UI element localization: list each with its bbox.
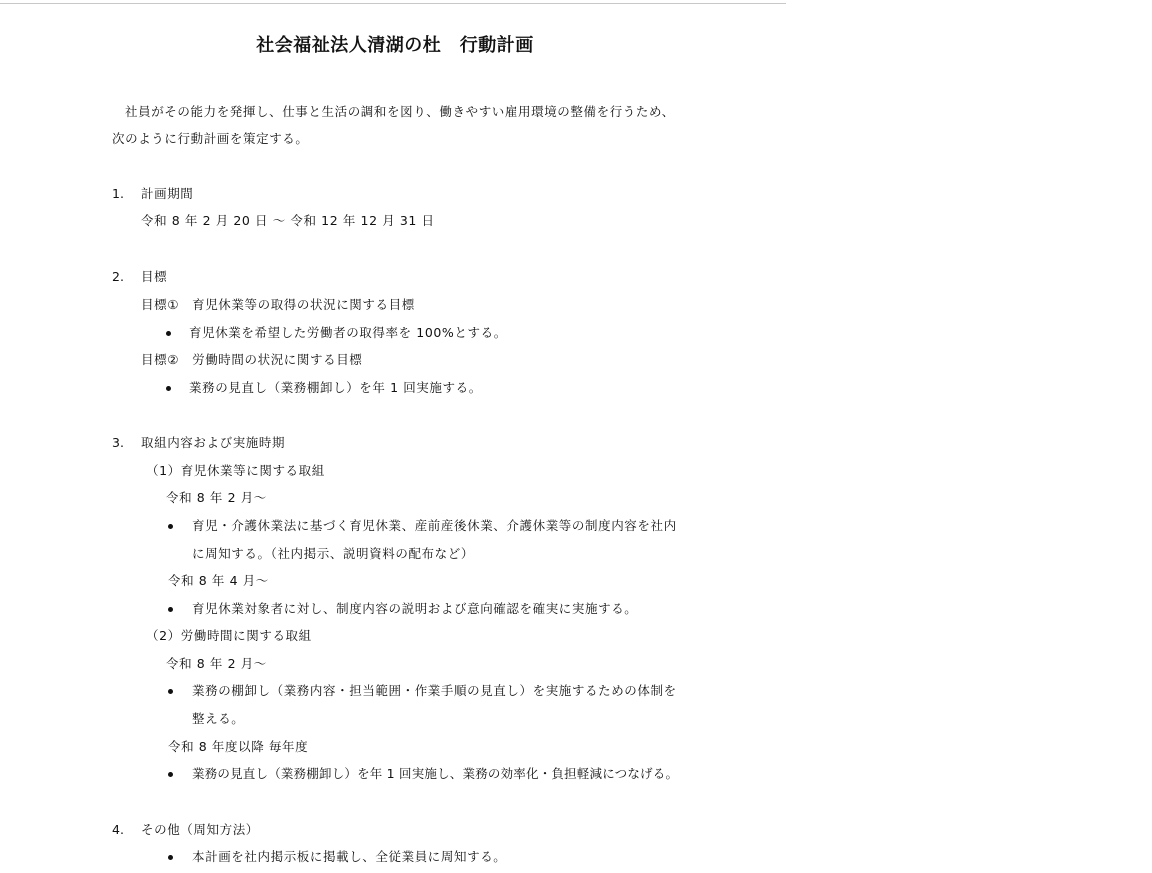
section-2-number: 2. — [112, 268, 124, 286]
intro-line-2: 次のように行動計画を策定する。 — [112, 130, 309, 148]
subsection-2-label: （2）労働時間に関する取組 — [146, 627, 312, 645]
section-4-bullet: 本計画を社内掲示板に掲載し、全従業員に周知する。 — [192, 848, 506, 866]
section-3-number: 3. — [112, 434, 124, 452]
subsection-1-item-1-text-1: 育児・介護休業法に基づく育児休業、産前産後休業、介護休業等の制度内容を社内 — [192, 517, 677, 535]
bullet-icon — [168, 607, 173, 612]
section-3-heading: 取組内容および実施時期 — [141, 434, 285, 452]
subsection-2-item-2-text-1: 業務の見直し（業務棚卸し）を年 1 回実施し、業務の効率化・負担軽減につなげる。 — [192, 765, 678, 783]
subsection-1-item-1-date: 令和 8 年 2 月～ — [166, 489, 267, 507]
goal-1-bullet: 育児休業を希望した労働者の取得率を 100%とする。 — [189, 324, 507, 342]
subsection-1-item-2-date: 令和 8 年 4 月～ — [168, 572, 269, 590]
bullet-icon — [168, 689, 173, 694]
subsection-2-item-1-date: 令和 8 年 2 月～ — [166, 655, 267, 673]
page-top-border — [0, 3, 786, 4]
goal-2-label: 目標② 労働時間の状況に関する目標 — [141, 351, 362, 369]
goal-2-bullet: 業務の見直し（業務棚卸し）を年 1 回実施する。 — [189, 379, 482, 397]
intro-line-1: 社員がその能力を発揮し、仕事と生活の調和を図り、働きやすい雇用環境の整備を行うた… — [125, 103, 675, 121]
subsection-1-label: （1）育児休業等に関する取組 — [146, 462, 325, 480]
plan-period: 令和 8 年 2 月 20 日 ～ 令和 12 年 12 月 31 日 — [141, 212, 435, 230]
subsection-2-item-1-text-1: 業務の棚卸し（業務内容・担当範囲・作業手順の見直し）を実施するための体制を — [192, 682, 677, 700]
section-2-heading: 目標 — [141, 268, 167, 286]
bullet-icon — [168, 772, 173, 777]
bullet-icon — [168, 524, 173, 529]
subsection-1-item-2-text-1: 育児休業対象者に対し、制度内容の説明および意向確認を確実に実施する。 — [192, 600, 637, 618]
subsection-1-item-1-text-2: に周知する。（社内掲示、説明資料の配布など） — [192, 545, 474, 563]
section-1-heading: 計画期間 — [141, 185, 193, 203]
bullet-icon — [168, 855, 173, 860]
goal-1-label: 目標① 育児休業等の取得の状況に関する目標 — [141, 296, 415, 314]
subsection-2-item-2-date: 令和 8 年度以降 毎年度 — [168, 738, 308, 756]
document-title: 社会福祉法人清湖の杜 行動計画 — [0, 34, 790, 58]
section-4-number: 4. — [112, 821, 124, 839]
bullet-icon — [166, 386, 171, 391]
bullet-icon — [166, 331, 171, 336]
subsection-2-item-1-text-2: 整える。 — [192, 710, 244, 728]
section-1-number: 1. — [112, 185, 124, 203]
section-4-heading: その他（周知方法） — [141, 821, 259, 839]
